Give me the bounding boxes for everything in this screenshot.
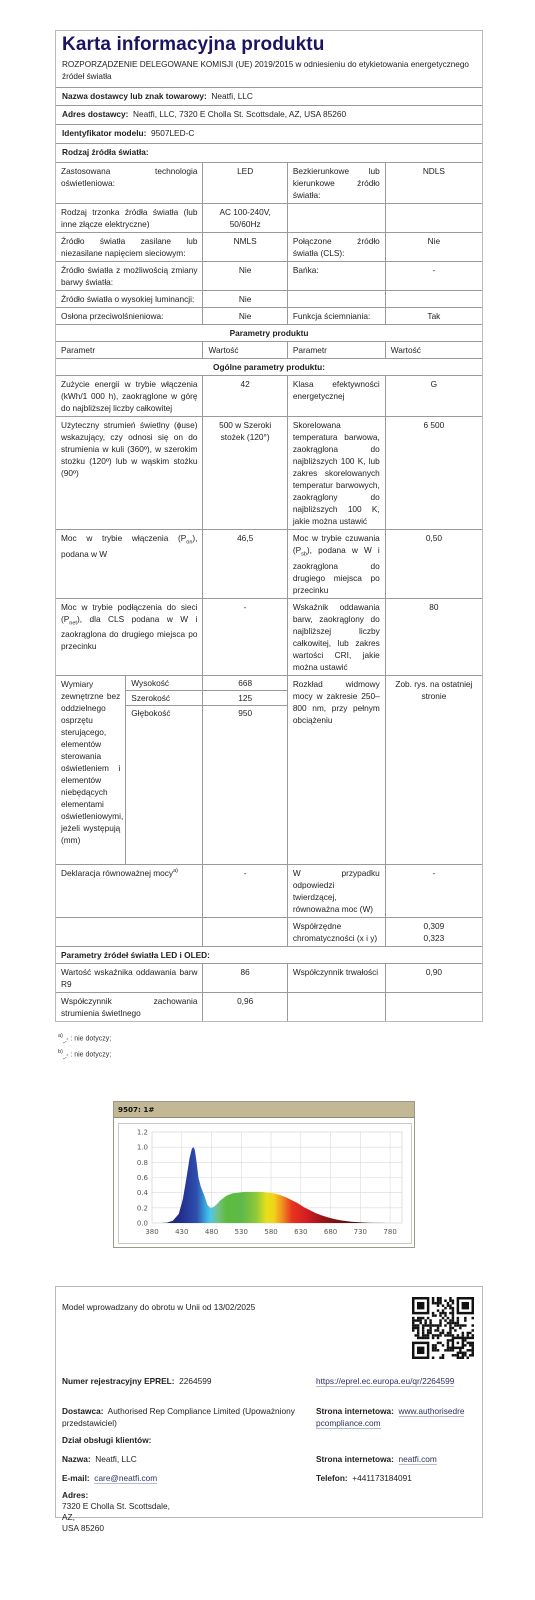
parameter-name: Bezkierunkowe lub kierunkowe źródło świa… bbox=[287, 162, 385, 203]
table-row: Zużycie energii w trybie włączenia (kWh/… bbox=[56, 375, 482, 416]
table-row: Deklaracja równoważnej mocya) - W przypa… bbox=[56, 864, 482, 917]
parameter-name bbox=[287, 203, 385, 232]
spectral-power-distribution-panel: 9507: 1# 0.00.20.40.60.81.01.23804304805… bbox=[113, 1101, 415, 1248]
footnote: a)„-” : nie dotyczy; bbox=[58, 1031, 111, 1047]
parameter-value: NMLS bbox=[203, 232, 287, 261]
table-row: Moc w trybie włączenia (Pon), podana w W… bbox=[56, 530, 482, 599]
source-type-heading: Rodzaj źródła światła: bbox=[56, 143, 482, 162]
svg-text:580: 580 bbox=[264, 1228, 277, 1236]
parameter-value: 0,3090,323 bbox=[385, 917, 482, 946]
parameter-name: Źródło światła zasilane lub niezasilane … bbox=[56, 232, 203, 261]
eprel-row: Numer rejestracyjny EPREL: 2264599 bbox=[62, 1375, 211, 1387]
column-header-row: Parametr Wartość Parametr Wartość bbox=[56, 341, 482, 358]
parameter-name: Zużycie energii w trybie włączenia (kWh/… bbox=[56, 375, 203, 416]
product-information-sheet: Karta informacyjna produktu ROZPORZĄDZEN… bbox=[55, 30, 483, 1022]
parameter-name: Rozkład widmowy mocy w zakresie 250–800 … bbox=[287, 675, 385, 864]
spectrum-panel-header: 9507: 1# bbox=[114, 1102, 414, 1118]
parameter-name: Źródło światła z możliwością zmiany barw… bbox=[56, 261, 203, 290]
source-type-heading-text: Rodzaj źródła światła: bbox=[62, 147, 149, 157]
placed-on-market-text: Model wprowadzany do obrotu w Unii od 13… bbox=[62, 1301, 255, 1313]
dimension-names: Wysokość Szerokość Głębokość bbox=[126, 676, 202, 864]
parameter-value: - bbox=[385, 864, 482, 917]
model-identifier-value: 9507LED-C bbox=[151, 128, 194, 138]
column-header: Parametr bbox=[287, 341, 385, 358]
parameter-name: Skorelowana temperatura barwowa, zaokrąg… bbox=[287, 416, 385, 529]
parameter-value bbox=[385, 203, 482, 232]
params-heading: Parametry produktu bbox=[56, 324, 482, 341]
svg-text:630: 630 bbox=[294, 1228, 307, 1236]
parameter-value: 0,90 bbox=[385, 963, 482, 992]
table-row: Współczynnik zachowania strumienia świet… bbox=[56, 992, 482, 1021]
supplier-address-label: Adres dostawcy: bbox=[62, 109, 128, 119]
parameter-value: 86 bbox=[203, 963, 287, 992]
cs-phone-value: +441173184091 bbox=[352, 1473, 412, 1483]
led-heading-row: Parametry źródeł światła LED i OLED: bbox=[56, 946, 482, 963]
eprel-label: Numer rejestracyjny EPREL: bbox=[62, 1376, 175, 1386]
dimension-value: 668 bbox=[203, 676, 286, 691]
parameter-name: Moc w trybie czuwania (Psb), podana w W … bbox=[287, 530, 385, 599]
general-heading: Ogólne parametry produktu: bbox=[56, 358, 482, 375]
parameter-name: Deklaracja równoważnej mocya) bbox=[56, 864, 203, 917]
footnotes: a)„-” : nie dotyczy; b)„-” : nie dotyczy… bbox=[58, 1031, 111, 1063]
dimension-name: Wysokość bbox=[126, 676, 202, 691]
parameter-value: 500 w Szeroki stożek (120°) bbox=[203, 416, 287, 529]
svg-text:1.0: 1.0 bbox=[137, 1144, 148, 1152]
parameter-value: Nie bbox=[203, 261, 287, 290]
parameter-value: 0,96 bbox=[203, 992, 287, 1021]
parameter-value: 0,50 bbox=[385, 530, 482, 599]
dimension-name: Głębokość bbox=[126, 706, 202, 720]
svg-text:0.6: 0.6 bbox=[137, 1174, 149, 1182]
dimensions-row: Wymiary zewnętrzne bez oddzielnego osprz… bbox=[56, 675, 482, 864]
svg-text:530: 530 bbox=[235, 1228, 248, 1236]
cs-name-value: Neatfi, LLC bbox=[95, 1454, 137, 1464]
parameter-value: AC 100-240V, 50/60Hz bbox=[203, 203, 287, 232]
parameter-name: Rodzaj trzonka źródła światła (lub inne … bbox=[56, 203, 203, 232]
supplier-name-value: Neatfi, LLC bbox=[211, 91, 253, 101]
parameter-name: Współczynnik zachowania strumienia świet… bbox=[56, 992, 203, 1021]
footnote: b)„-” : nie dotyczy; bbox=[58, 1047, 111, 1063]
parameter-value bbox=[385, 992, 482, 1021]
table-row: Użyteczny strumień świetlny (ɸuse) wskaz… bbox=[56, 416, 482, 529]
spectrum-chart: 0.00.20.40.60.81.01.23804304805305806306… bbox=[119, 1124, 411, 1243]
parameter-value: - bbox=[385, 261, 482, 290]
parameter-name: Klasa efektywności energetycznej bbox=[287, 375, 385, 416]
svg-text:0.8: 0.8 bbox=[137, 1159, 148, 1167]
parameter-name: Moc w trybie włączenia (Pon), podana w W bbox=[56, 530, 203, 599]
eprel-link-wrap: https://eprel.ec.europa.eu/qr/2264599 bbox=[316, 1375, 461, 1387]
model-identifier-label: Identyfikator modelu: bbox=[62, 128, 146, 138]
table-row: Moc w trybie podłączenia do sieci (Pnet)… bbox=[56, 598, 482, 675]
customer-service-heading-text: Dział obsługi klientów: bbox=[62, 1435, 151, 1445]
cs-phone-label: Telefon: bbox=[316, 1473, 348, 1483]
cs-phone-row: Telefon: +441173184091 bbox=[316, 1472, 412, 1484]
parameter-value: G bbox=[385, 375, 482, 416]
svg-text:0.0: 0.0 bbox=[137, 1220, 148, 1228]
dimension-value: 950 bbox=[203, 706, 286, 720]
parameter-value: 80 bbox=[385, 598, 482, 675]
supplier-address-row: Adres dostawcy: Neatfi, LLC, 7320 E Chol… bbox=[56, 105, 482, 124]
parameter-name bbox=[287, 290, 385, 307]
parameter-value: 6 500 bbox=[385, 416, 482, 529]
table-row: Wartość wskaźnika oddawania barw R986Wsp… bbox=[56, 963, 482, 992]
parameter-value: Nie bbox=[203, 290, 287, 307]
supplier-address-value: Neatfi, LLC, 7320 E Cholla St. Scottsdal… bbox=[133, 109, 346, 119]
eprel-value: 2264599 bbox=[179, 1376, 211, 1386]
cs-address-line: USA 85260 bbox=[62, 1523, 170, 1534]
parameter-value: 42 bbox=[203, 375, 287, 416]
cs-address-line: AZ, bbox=[62, 1512, 170, 1523]
cs-web-link[interactable]: neatfi.com bbox=[399, 1454, 437, 1465]
parameter-name: Wskaźnik oddawania barw, zaokrąglony do … bbox=[287, 598, 385, 675]
parameter-value: Tak bbox=[385, 307, 482, 324]
dimension-name: Szerokość bbox=[126, 691, 202, 706]
parameter-name: W przypadku odpowiedzi twierdzącej, równ… bbox=[287, 864, 385, 917]
dimensions-label: Wymiary zewnętrzne bez oddzielnego osprz… bbox=[56, 676, 126, 864]
svg-text:430: 430 bbox=[175, 1228, 188, 1236]
parameter-value: - bbox=[203, 864, 287, 917]
qr-code-icon[interactable] bbox=[412, 1297, 474, 1359]
parameter-name: Moc w trybie podłączenia do sieci (Pnet)… bbox=[56, 598, 203, 675]
parameter-value: 46,5 bbox=[203, 530, 287, 599]
parameters-table: Zastosowana technologia oświetleniowa:LE… bbox=[56, 162, 482, 1021]
cs-address-label: Adres: bbox=[62, 1490, 88, 1500]
supplier-name-row: Nazwa dostawcy lub znak towarowy: Neatfi… bbox=[56, 87, 482, 106]
model-identifier-row: Identyfikator modelu: 9507LED-C bbox=[56, 124, 482, 143]
svg-text:480: 480 bbox=[205, 1228, 218, 1236]
parameter-name: Współczynnik trwałości bbox=[287, 963, 385, 992]
parameter-name: Użyteczny strumień świetlny (ɸuse) wskaz… bbox=[56, 416, 203, 529]
table-row: Źródło światła o wysokiej luminancji:Nie bbox=[56, 290, 482, 307]
table-row: Współrzędne chromatyczności (x i y) 0,30… bbox=[56, 917, 482, 946]
table-row: Zastosowana technologia oświetleniowa:LE… bbox=[56, 162, 482, 203]
svg-text:680: 680 bbox=[324, 1228, 337, 1236]
parameter-value: LED bbox=[203, 162, 287, 203]
supplier-web-row: Strona internetowa: www.authorisedrepcom… bbox=[316, 1405, 466, 1429]
table-row: Rodzaj trzonka źródła światła (lub inne … bbox=[56, 203, 482, 232]
spectrum-chart-frame: 0.00.20.40.60.81.01.23804304805305806306… bbox=[118, 1123, 412, 1244]
led-heading: Parametry źródeł światła LED i OLED: bbox=[56, 946, 482, 963]
registration-card: Model wprowadzany do obrotu w Unii od 13… bbox=[55, 1286, 483, 1518]
params-heading-row: Parametry produktu bbox=[56, 324, 482, 341]
parameter-name: Połączone źródło światła (CLS): bbox=[287, 232, 385, 261]
column-header: Parametr bbox=[56, 341, 203, 358]
parameter-name: Zastosowana technologia oświetleniowa: bbox=[56, 162, 203, 203]
cs-web-label: Strona internetowa: bbox=[316, 1454, 394, 1464]
table-row: Źródło światła zasilane lub niezasilane … bbox=[56, 232, 482, 261]
dimension-value: 125 bbox=[203, 691, 286, 706]
general-heading-row: Ogólne parametry produktu: bbox=[56, 358, 482, 375]
parameter-name: Osłona przeciwolśnieniowa: bbox=[56, 307, 203, 324]
parameter-name bbox=[287, 992, 385, 1021]
cs-address-line: 7320 E Cholla St. Scottsdale, bbox=[62, 1501, 170, 1512]
parameter-value bbox=[385, 290, 482, 307]
supplier-row: Dostawca: Authorised Rep Compliance Limi… bbox=[62, 1405, 307, 1429]
supplier-web-label: Strona internetowa: bbox=[316, 1406, 394, 1416]
svg-text:1.2: 1.2 bbox=[137, 1129, 148, 1137]
svg-text:380: 380 bbox=[145, 1228, 158, 1236]
parameter-name: Bańka: bbox=[287, 261, 385, 290]
supplier-name-label: Nazwa dostawcy lub znak towarowy: bbox=[62, 91, 207, 101]
parameter-name: Funkcja ściemniania: bbox=[287, 307, 385, 324]
parameter-value: - bbox=[203, 598, 287, 675]
svg-text:0.4: 0.4 bbox=[137, 1189, 149, 1197]
parameter-name: Wartość wskaźnika oddawania barw R9 bbox=[56, 963, 203, 992]
supplier-label: Dostawca: bbox=[62, 1406, 104, 1416]
page-title: Karta informacyjna produktu bbox=[56, 31, 482, 57]
parameter-value: Nie bbox=[385, 232, 482, 261]
cs-name-label: Nazwa: bbox=[62, 1454, 91, 1464]
svg-text:0.2: 0.2 bbox=[137, 1204, 148, 1212]
cs-name-row: Nazwa: Neatfi, LLC bbox=[62, 1453, 137, 1465]
parameter-value: Nie bbox=[203, 307, 287, 324]
cs-email-link[interactable]: care@neatfi.com bbox=[94, 1473, 157, 1484]
table-row: Źródło światła z możliwością zmiany barw… bbox=[56, 261, 482, 290]
eprel-link[interactable]: https://eprel.ec.europa.eu/qr/2264599 bbox=[316, 1376, 454, 1387]
column-header: Wartość bbox=[385, 341, 482, 358]
column-header: Wartość bbox=[203, 341, 287, 358]
regulation-reference: ROZPORZĄDZENIE DELEGOWANE KOMISJI (UE) 2… bbox=[56, 57, 482, 87]
cs-web-row: Strona internetowa: neatfi.com bbox=[316, 1453, 437, 1465]
parameter-name: Źródło światła o wysokiej luminancji: bbox=[56, 290, 203, 307]
cs-address: Adres: 7320 E Cholla St. Scottsdale, AZ,… bbox=[62, 1490, 170, 1534]
parameter-value: NDLS bbox=[385, 162, 482, 203]
customer-service-heading: Dział obsługi klientów: bbox=[62, 1434, 151, 1446]
table-row: Osłona przeciwolśnieniowa:NieFunkcja ści… bbox=[56, 307, 482, 324]
cs-email-row: E-mail: care@neatfi.com bbox=[62, 1472, 157, 1484]
parameter-name: Współrzędne chromatyczności (x i y) bbox=[287, 917, 385, 946]
svg-text:730: 730 bbox=[354, 1228, 367, 1236]
svg-text:780: 780 bbox=[383, 1228, 396, 1236]
parameter-value: Zob. rys. na ostatniej stronie bbox=[385, 675, 482, 864]
cs-email-label: E-mail: bbox=[62, 1473, 90, 1483]
